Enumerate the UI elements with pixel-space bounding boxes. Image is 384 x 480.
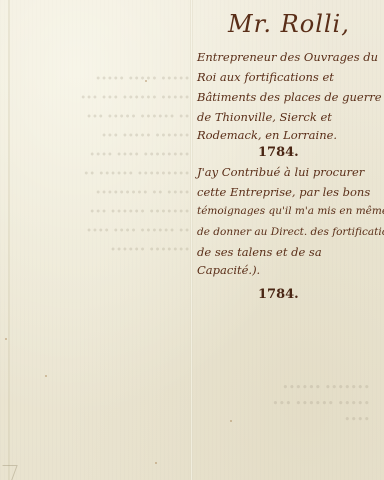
text-line: Rodemack, en Lorraine. xyxy=(197,128,337,142)
bleed-line: •••• •• ••••••••• xyxy=(62,184,190,203)
torn-corner xyxy=(0,465,18,480)
bleed-line: •••• xyxy=(230,412,370,428)
bleed-line: •••••• ••••• ••• xyxy=(62,127,190,146)
bleed-line: ••••••• •••••• xyxy=(230,380,370,396)
bleed-line: ••••• ••••• ••••• xyxy=(62,70,190,89)
text-line: Roi aux fortifications et xyxy=(197,70,334,84)
date-year-2: 1784. xyxy=(258,287,299,302)
bleed-line: •• •••••• ••••• ••• xyxy=(62,108,190,127)
bleed-line: ••••••••• •••••• •• xyxy=(62,165,190,184)
body-line: Capacité.). xyxy=(197,263,260,277)
bleed-line: ••••••• •••••• xyxy=(62,241,190,260)
bleed-through-text: ••••• ••••• ••••• ••••• •••••• ••• ••• •… xyxy=(62,70,190,260)
body-line: de donner au Direct. des fortification xyxy=(197,226,384,238)
text-line: Entrepreneur des Ouvrages du xyxy=(197,50,378,64)
bleed-through-signature: ••••••• •••••• ••••• •••••• ••• •••• xyxy=(230,380,370,428)
bleed-line: •• •••••• •••• •••• xyxy=(62,222,190,241)
bleed-line: ••••• •••••• ••• xyxy=(230,396,370,412)
foxing-spot xyxy=(5,338,7,340)
body-line: cette Entreprise, par les bons xyxy=(197,185,370,199)
foxing-spot xyxy=(155,462,157,464)
text-line: Bâtiments des places de guerre xyxy=(197,90,382,104)
body-line: témoignages qu'il m'a mis en même xyxy=(197,205,384,217)
bleed-line: ••••••• •••••• ••• xyxy=(62,203,190,222)
bleed-line: •••••••• •••• •••• xyxy=(62,146,190,165)
vertical-fold-line xyxy=(190,0,193,480)
body-line: J'ay Contribué à lui procurer xyxy=(197,165,364,179)
foxing-spot xyxy=(230,420,232,422)
bleed-line: ••••• •••••• ••• ••• xyxy=(62,89,190,108)
manuscript-page: ••••• ••••• ••••• ••••• •••••• ••• ••• •… xyxy=(0,0,384,480)
date-year-1: 1784. xyxy=(258,145,299,160)
left-edge-crease xyxy=(8,0,10,480)
text-line: de Thionville, Sierck et xyxy=(197,110,332,124)
salutation-heading: Mr. Rolli, xyxy=(228,10,350,38)
foxing-spot xyxy=(45,375,47,377)
body-line: de ses talens et de sa xyxy=(197,245,322,259)
foxing-spot xyxy=(145,80,147,82)
